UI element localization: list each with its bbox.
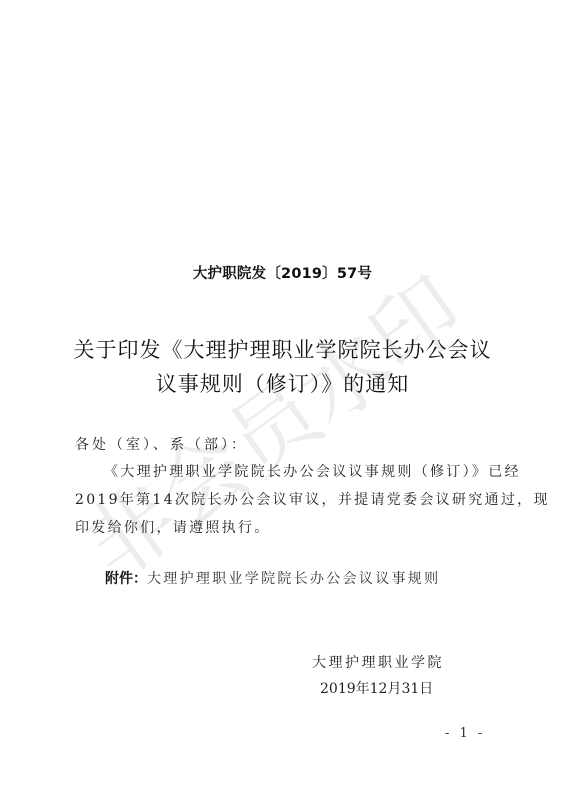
title-line-2: 议事规则（修订）》的通知	[0, 367, 565, 401]
body-line-1: 《大理护理职业学院院长办公会议议事规则（修订）》已经	[75, 458, 505, 486]
signature-date: 2019年12月31日	[312, 676, 444, 702]
attachment-line: 附件：大理护理职业学院院长办公会议议事规则	[105, 568, 440, 588]
attachment-label: 附件：	[105, 571, 147, 587]
signature-organization: 大理护理职业学院	[312, 650, 444, 676]
attachment-text: 大理护理职业学院院长办公会议议事规则	[147, 571, 440, 587]
document-page: 非会员水印 大护职院发〔2019〕57号 关于印发《大理护理职业学院院长办公会议…	[0, 0, 565, 800]
body-line-3: 印发给你们，请遵照执行。	[75, 514, 505, 542]
watermark: 非会员水印	[47, 237, 493, 609]
body-paragraph: 《大理护理职业学院院长办公会议议事规则（修订）》已经 2019年第14次院长办公…	[75, 458, 505, 542]
page-number: - 1 -	[445, 726, 485, 741]
signature-block: 大理护理职业学院 2019年12月31日	[312, 650, 444, 702]
document-number: 大护职院发〔2019〕57号	[0, 262, 565, 283]
title-line-1: 关于印发《大理护理职业学院院长办公会议	[0, 333, 565, 367]
salutation: 各处（室）、系（部）：	[75, 434, 248, 454]
document-title: 关于印发《大理护理职业学院院长办公会议 议事规则（修订）》的通知	[0, 333, 565, 401]
body-line-2: 2019年第14次院长办公会议审议，并提请党委会议研究通过，现	[75, 486, 505, 514]
